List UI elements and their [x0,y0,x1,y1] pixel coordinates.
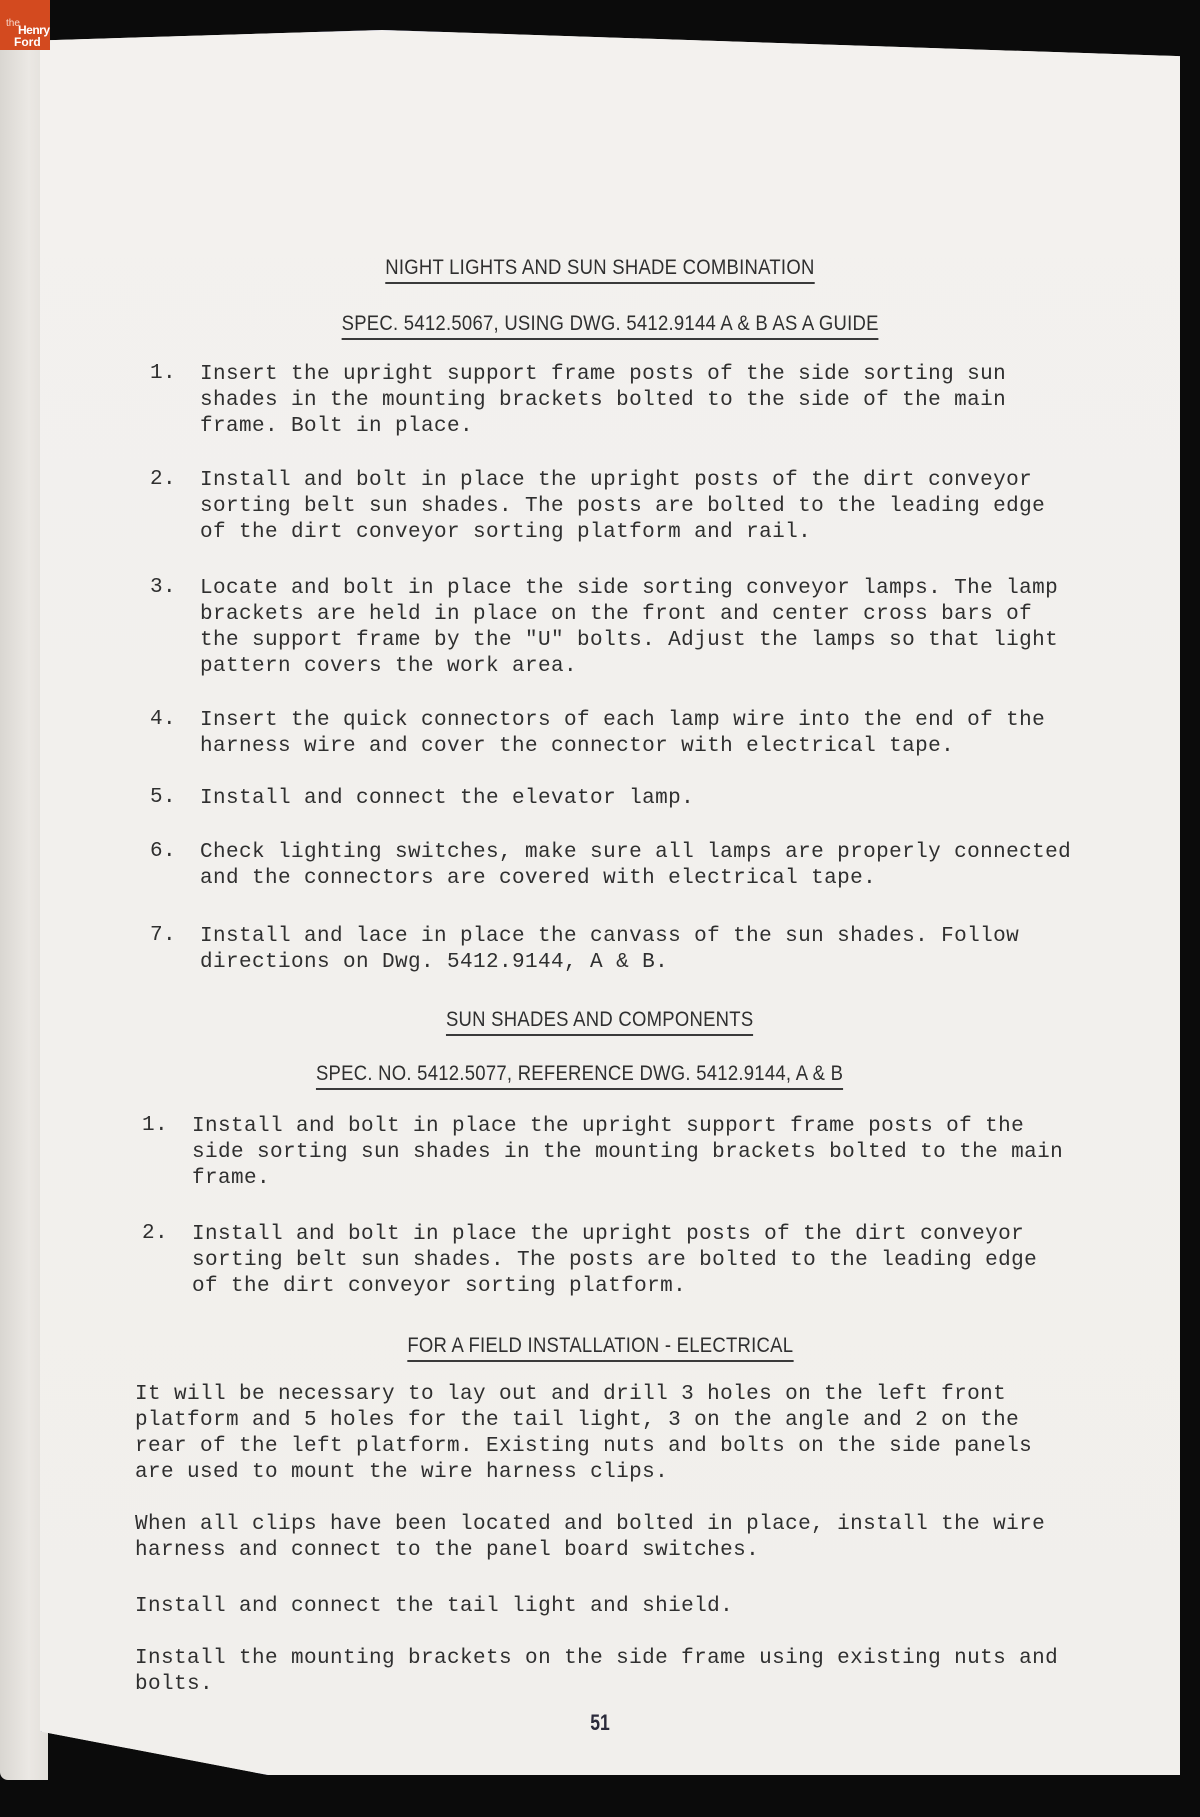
item-number: 7. [150,924,176,947]
section3-paragraph-2: When all clips have been located and bol… [135,1512,1095,1564]
section3-title: FOR A FIELD INSTALLATION - ELECTRICAL [0,1334,1200,1362]
item-text: Insert the quick connectors of each lamp… [200,708,1130,760]
item-text: Locate and bolt in place the side sortin… [200,576,1130,680]
item-number: 1. [142,1114,168,1137]
item-text: Install and bolt in place the upright po… [200,468,1130,546]
logo-ford: Ford [14,36,41,48]
section2-title: SUN SHADES AND COMPONENTS [0,1008,1200,1036]
item-number: 1. [150,362,176,385]
item-number: 2. [150,468,176,491]
section1-title: NIGHT LIGHTS AND SUN SHADE COMBINATION [0,256,1200,284]
item-text: Install and connect the elevator lamp. [200,786,1130,812]
page-number: 51 [120,1710,1080,1736]
item-text: Install and bolt in place the upright su… [192,1114,1122,1192]
item-text: Install and bolt in place the upright po… [192,1222,1122,1300]
section1-spec-text: SPEC. 5412.5067, USING DWG. 5412.9144 A … [341,312,878,340]
section1-spec: SPEC. 5412.5067, USING DWG. 5412.9144 A … [10,312,1200,340]
item-number: 3. [150,576,176,599]
section3-title-text: FOR A FIELD INSTALLATION - ELECTRICAL [407,1334,793,1362]
item-text: Install and lace in place the canvass of… [200,924,1130,976]
section1-title-text: NIGHT LIGHTS AND SUN SHADE COMBINATION [385,256,814,284]
item-number: 5. [150,786,176,809]
section3-paragraph-3: Install and connect the tail light and s… [135,1594,1095,1620]
section2-spec: SPEC. NO. 5412.5077, REFERENCE DWG. 5412… [0,1062,1180,1090]
section3-paragraph-1: It will be necessary to lay out and dril… [135,1382,1095,1486]
item-number: 2. [142,1222,168,1245]
section2-title-text: SUN SHADES AND COMPONENTS [446,1008,753,1036]
section3-paragraph-4: Install the mounting brackets on the sid… [135,1646,1095,1698]
henry-ford-logo: the Henry Ford [0,0,50,50]
item-number: 4. [150,708,176,731]
item-number: 6. [150,840,176,863]
item-text: Check lighting switches, make sure all l… [200,840,1130,892]
section2-spec-text: SPEC. NO. 5412.5077, REFERENCE DWG. 5412… [316,1062,843,1090]
item-text: Insert the upright support frame posts o… [200,362,1130,440]
